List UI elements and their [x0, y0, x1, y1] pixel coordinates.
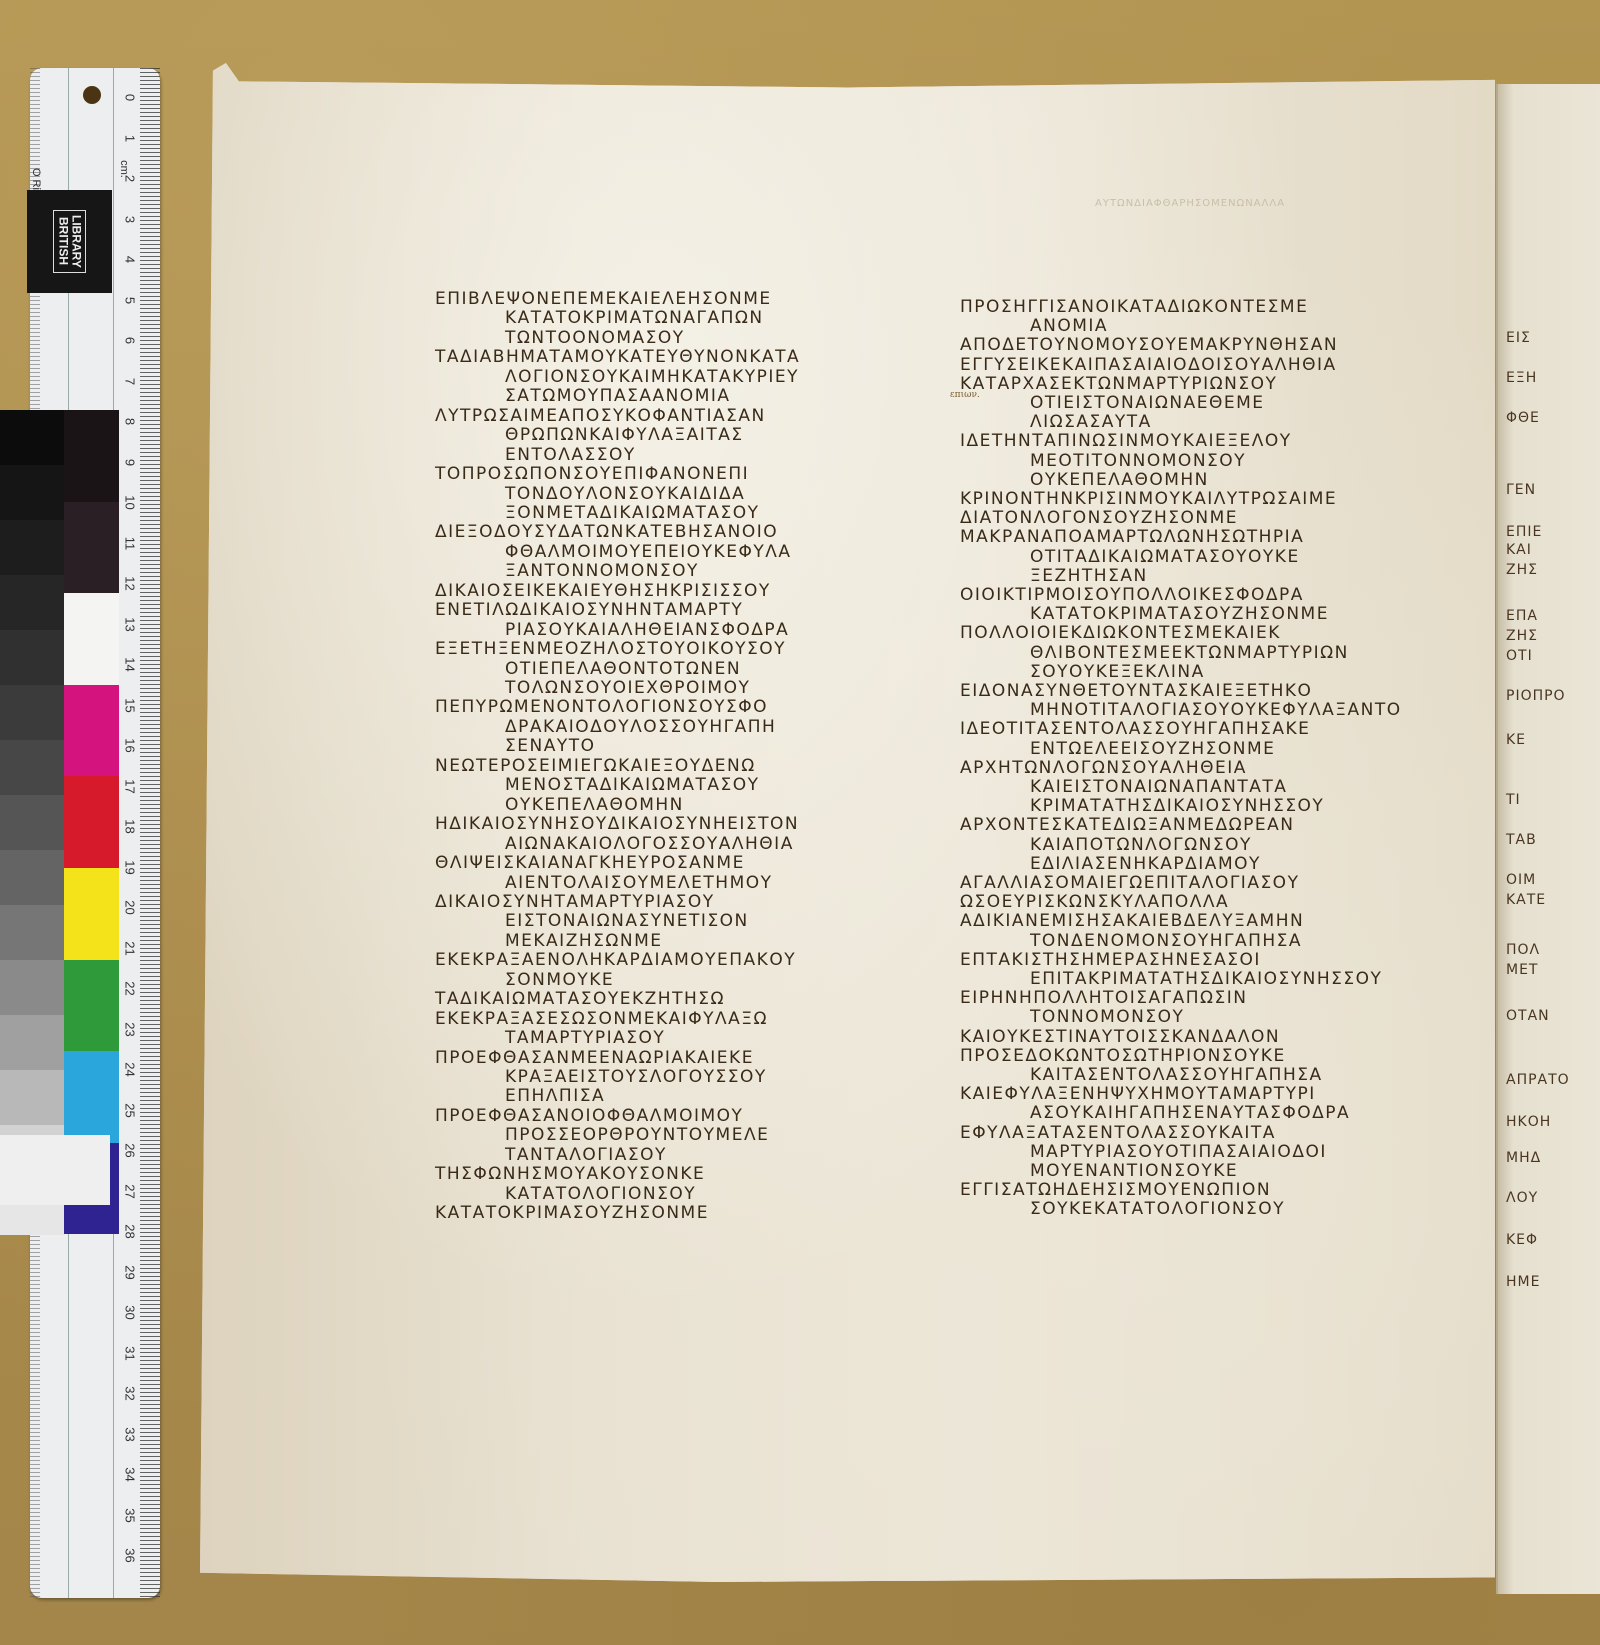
text-line: ΚΑΙΟΥΚΕΣΤΙΝΑΥΤΟΙΣΣΚΑΝΔΑΛΟΝ — [960, 1028, 1280, 1046]
ruler-cm-mark: 2 — [123, 167, 138, 191]
next-page-fragment: ΓΕΝ — [1506, 482, 1536, 498]
ruler-cm-ticks — [140, 68, 160, 1598]
text-line: ΘΛΙΨΕΙΣΚΑΙΑΝΑΓΚΗΕΥΡΟΣΑΝΜΕ — [435, 854, 745, 872]
next-page-fragment: ΕΠΙΕ — [1506, 524, 1542, 540]
ruler-cm-mark: 5 — [123, 288, 138, 312]
text-line: ΟΙΟΙΚΤΙΡΜΟΙΣΟΥΠΟΛΛΟΙΚΕΣΦΟΔΡΑ — [960, 586, 1304, 604]
color-patch — [64, 502, 119, 594]
text-line: ΑΡΧΗΤΩΝΛΟΓΩΝΣΟΥΑΛΗΘΕΙΑ — [960, 759, 1247, 777]
text-line: ΤΑΝΤΑΛΟΓΙΑΣΟΥ — [505, 1146, 667, 1164]
text-line: ΜΕΟΤΙΤΟΝΝΟΜΟΝΣΟΥ — [1030, 452, 1246, 470]
ruler-cm-mark: 27 — [123, 1179, 138, 1203]
next-page-fragment: ΟΤΑΝ — [1506, 1008, 1550, 1024]
text-line: ΟΥΚΕΠΕΛΑΘΟΜΗΝ — [1030, 471, 1209, 489]
ruler-cm-mark: 30 — [123, 1301, 138, 1325]
ruler-cm-mark: 14 — [123, 653, 138, 677]
text-line: ΣΟΥΚΕΚΑΤΑΤΟΛΟΓΙΟΝΣΟΥ — [1030, 1200, 1285, 1218]
next-page-fragment: ΛΟΥ — [1506, 1190, 1538, 1206]
ruler-cm-mark: 17 — [123, 774, 138, 798]
text-line: ΚΑΤΑΡΧΑΣΕΚΤΩΝΜΑΡΤΥΡΙΩΝΣΟΥ — [960, 375, 1277, 393]
grayscale-target — [0, 410, 64, 1235]
next-page-fragment: ΖΗΣ — [1506, 628, 1538, 644]
ruler-cm-mark: 0 — [123, 86, 138, 110]
text-line: ΞΑΝΤΟΝΝΟΜΟΝΣΟΥ — [505, 562, 699, 580]
next-page-fragment: ΤΙ — [1506, 792, 1521, 808]
text-line: ΕΚΕΚΡΑΞΑΕΝΟΛΗΚΑΡΔΙΑΜΟΥΕΠΑΚΟΥ — [435, 951, 796, 969]
text-line: ΡΙΑΣΟΥΚΑΙΑΛΗΘΕΙΑΝΣΦΟΔΡΑ — [505, 621, 789, 639]
text-line: ΕΠΙΒΛΕΨΟΝΕΠΕΜΕΚΑΙΕΛΕΗΣΟΝΜΕ — [435, 290, 772, 308]
ruler-cm-mark: 26 — [123, 1139, 138, 1163]
ruler-cm-mark: 35 — [123, 1503, 138, 1527]
text-line: ΤΑΔΙΚΑΙΩΜΑΤΑΣΟΥΕΚΖΗΤΗΣΩ — [435, 990, 725, 1008]
ruler-cm-mark: 9 — [123, 450, 138, 474]
text-line: ΤΗΣΦΩΝΗΣΜΟΥΑΚΟΥΣΟΝΚΕ — [435, 1165, 705, 1183]
ruler-hole — [83, 86, 101, 104]
text-line: ΚΡΙΝΟΝΤΗΝΚΡΙΣΙΝΜΟΥΚΑΙΛΥΤΡΩΣΑΙΜΕ — [960, 490, 1337, 508]
text-line: ΛΟΓΙΟΝΣΟΥΚΑΙΜΗΚΑΤΑΚΥΡΙΕΥ — [505, 368, 799, 386]
text-line: ΦΘΑΛΜΟΙΜΟΥΕΠΕΙΟΥΚΕΦΥΛΑ — [505, 543, 791, 561]
next-page-fragment: ΤΑΒ — [1506, 832, 1537, 848]
gray-patch — [0, 795, 64, 850]
text-line: ΩΣΟΕΥΡΙΣΚΩΝΣΚΥΛΑΠΟΛΛΑ — [960, 893, 1229, 911]
text-line: ΔΙΑΤΟΝΛΟΓΟΝΣΟΥΖΗΣΟΝΜΕ — [960, 509, 1238, 527]
next-page-fragment: ΕΙΣ — [1506, 330, 1531, 346]
text-line: ΑΓΑΛΛΙΑΣΟΜΑΙΕΓΩΕΠΙΤΑΛΟΓΙΑΣΟΥ — [960, 874, 1299, 892]
gray-patch — [0, 960, 64, 1015]
text-line: ΙΔΕΟΤΙΤΑΣΕΝΤΟΛΑΣΣΟΥΗΓΑΠΗΣΑΚΕ — [960, 720, 1310, 738]
text-line: ΜΕΚΑΙΖΗΣΩΝΜΕ — [505, 932, 663, 950]
library-logo: LIBRARY BRITISH — [53, 210, 85, 273]
ruler-cm-mark: 28 — [123, 1220, 138, 1244]
next-page-fragment: ΚΕ — [1506, 732, 1526, 748]
text-line: ΣΟΥΟΥΚΕΞΕΚΛΙΝΑ — [1030, 663, 1205, 681]
text-line: ΝΕΩΤΕΡΟΣΕΙΜΙΕΓΩΚΑΙΕΞΟΥΔΕΝΩ — [435, 757, 756, 775]
text-line: ΚΑΤΑΤΟΚΡΙΜΑΤΑΣΟΥΖΗΣΟΝΜΕ — [1030, 605, 1329, 623]
text-line: ΠΕΠΥΡΩΜΕΝΟΝΤΟΛΟΓΙΟΝΣΟΥΣΦΟ — [435, 698, 768, 716]
ruler-cm-mark: 36 — [123, 1544, 138, 1568]
text-line: ΟΤΙΕΙΣΤΟΝΑΙΩΝΑΕΘΕΜΕ — [1030, 394, 1265, 412]
ruler-cm-mark: 11 — [123, 531, 138, 555]
text-line: ΕΞΕΤΗΞΕΝΜΕΟΖΗΛΟΣΤΟΥΟΙΚΟΥΣΟΥ — [435, 640, 786, 658]
text-line: ΠΡΟΣΗΓΓΙΣΑΝΟΙΚΑΤΑΔΙΩΚΟΝΤΕΣΜΕ — [960, 298, 1308, 316]
next-page-fragment: ΟΙΜ — [1506, 872, 1536, 888]
ruler-cm-mark: 4 — [123, 248, 138, 272]
next-page-fragment: ΗΜΕ — [1506, 1274, 1540, 1290]
ruler-cm-mark: 29 — [123, 1260, 138, 1284]
ruler-cm-mark: 13 — [123, 612, 138, 636]
text-line: ΑΙΩΝΑΚΑΙΟΛΟΓΟΣΣΟΥΑΛΗΘΙΑ — [505, 835, 794, 853]
text-line: ΜΑΡΤΥΡΙΑΣΟΥΟΤΙΠΑΣΑΙΑΙΟΔΟΙ — [1030, 1143, 1327, 1161]
gray-patch — [0, 740, 64, 795]
next-page-fragment: ΖΗΣ — [1506, 562, 1538, 578]
color-patch — [64, 776, 119, 868]
marginal-note: επιων. — [950, 390, 980, 400]
chart-white-patch — [0, 1135, 110, 1205]
ruler-cm-mark: 8 — [123, 410, 138, 434]
text-line: ΚΑΤΑΤΟΚΡΙΜΑΣΟΥΖΗΣΟΝΜΕ — [435, 1204, 709, 1222]
ruler-cm-mark: 10 — [123, 491, 138, 515]
text-line: ΔΙΚΑΙΟΣΕΙΚΕΚΑΙΕΥΘΗΣΗΚΡΙΣΙΣΣΟΥ — [435, 582, 771, 600]
ruler-cm-mark: 21 — [123, 936, 138, 960]
text-line: ΘΡΩΠΩΝΚΑΙΦΥΛΑΞΑΙΤΑΣ — [505, 426, 744, 444]
text-line: ΤΑΜΑΡΤΥΡΙΑΣΟΥ — [505, 1029, 665, 1047]
text-line: ΞΕΖΗΤΗΣΑΝ — [1030, 567, 1148, 585]
gray-patch — [0, 630, 64, 685]
ruler-cm-mark: 24 — [123, 1058, 138, 1082]
color-patch — [64, 410, 119, 502]
text-line: ΔΙΕΞΟΔΟΥΣΥΔΑΤΩΝΚΑΤΕΒΗΣΑΝΟΙΟ — [435, 523, 778, 541]
gray-patch — [0, 685, 64, 740]
ruler-cm-mark: 12 — [123, 572, 138, 596]
ruler-cm-mark: 34 — [123, 1463, 138, 1487]
ruler-cm-mark: 15 — [123, 693, 138, 717]
text-line: ΣΕΝΑΥΤΟ — [505, 737, 595, 755]
ruler-cm-mark: 1 — [123, 126, 138, 150]
manuscript-leaf — [200, 60, 1495, 1585]
text-line: ΕΙΔΟΝΑΣΥΝΘΕΤΟΥΝΤΑΣΚΑΙΕΞΕΤΗΚΟ — [960, 682, 1312, 700]
offset-ghost-text: ΑΥΤΩΝΔΙΑΦΘΑΡΗΣΟΜΕΝΩΝΑΛΛΑ — [1095, 198, 1285, 209]
text-line: ΕΝΕΤΙΛΩΔΙΚΑΙΟΣΥΝΗΝΤΑΜΑΡΤΥ — [435, 601, 743, 619]
color-patch — [64, 960, 119, 1052]
gray-patch — [0, 850, 64, 905]
text-line: ΚΡΙΜΑΤΑΤΗΣΔΙΚΑΙΟΣΥΝΗΣΣΟΥ — [1030, 797, 1324, 815]
text-line: ΑΙΕΝΤΟΛΑΙΣΟΥΜΕΛΕΤΗΜΟΥ — [505, 874, 773, 892]
gray-patch — [0, 575, 64, 630]
text-line: ΘΛΙΒΟΝΤΕΣΜΕΕΚΤΩΝΜΑΡΤΥΡΙΩΝ — [1030, 644, 1349, 662]
text-line: ΗΔΙΚΑΙΟΣΥΝΗΣΟΥΔΙΚΑΙΟΣΥΝΗΕΙΣΤΟΝ — [435, 815, 799, 833]
ruler-cm-mark: 19 — [123, 855, 138, 879]
next-page-fragment: ΠΟΛ — [1506, 942, 1540, 958]
ruler-cm-mark: 16 — [123, 734, 138, 758]
text-line: ΔΡΑΚΑΙΟΔΟΥΛΟΣΣΟΥΗΓΑΠΗ — [505, 718, 776, 736]
text-line: ΕΦΥΛΑΞΑΤΑΣΕΝΤΟΛΑΣΣΟΥΚΑΙΤΑ — [960, 1124, 1276, 1142]
gray-patch — [0, 520, 64, 575]
color-patch — [64, 593, 119, 685]
color-target — [64, 410, 119, 1235]
ruler-cm-mark: 32 — [123, 1382, 138, 1406]
ruler-cm-mark: 33 — [123, 1422, 138, 1446]
text-line: ΠΟΛΛΟΙΟΙΕΚΔΙΩΚΟΝΤΕΣΜΕΚΑΙΕΚ — [960, 624, 1281, 642]
text-line: ΕΝΤΩΕΛΕΕΙΣΟΥΖΗΣΟΝΜΕ — [1030, 740, 1275, 758]
text-line: ΣΟΝΜΟΥΚΕ — [505, 971, 614, 989]
text-line: ΜΗΝΟΤΙΤΑΛΟΓΙΑΣΟΥΟΥΚΕΦΥΛΑΞΑΝΤΟ — [1030, 701, 1402, 719]
text-line: ΠΡΟΣΣΕΟΡΘΡΟΥΝΤΟΥΜΕΛΕ — [505, 1126, 769, 1144]
text-line: ΞΟΝΜΕΤΑΔΙΚΑΙΩΜΑΤΑΣΟΥ — [505, 504, 760, 522]
next-page-fragment: ΚΑΙ — [1506, 542, 1532, 558]
color-patch — [64, 1051, 119, 1143]
text-line: ΤΟΝΔΟΥΛΟΝΣΟΥΚΑΙΔΙΔΑ — [505, 485, 745, 503]
text-line: ΕΚΕΚΡΑΞΑΣΕΣΩΣΟΝΜΕΚΑΙΦΥΛΑΞΩ — [435, 1010, 768, 1028]
next-page-fragment: ΦΘΕ — [1506, 410, 1540, 426]
text-line: ΑΝΟΜΙΑ — [1030, 317, 1108, 335]
text-line: ΣΑΤΩΜΟΥΠΑΣΑΑΝΟΜΙΑ — [505, 387, 731, 405]
next-page-fragment: ΕΞΗ — [1506, 370, 1537, 386]
british-library-label: LIBRARY BRITISH — [27, 190, 112, 293]
text-line: ΕΓΓΥΣΕΙΚΕΚΑΙΠΑΣΑΙΑΙΟΔΟΙΣΟΥΑΛΗΘΙΑ — [960, 356, 1337, 374]
text-line: ΟΥΚΕΠΕΛΑΘΟΜΗΝ — [505, 796, 684, 814]
text-line: ΕΠΗΛΠΙΣΑ — [505, 1087, 605, 1105]
next-page-fragment: ΚΕΦ — [1506, 1232, 1538, 1248]
text-line: ΜΑΚΡΑΝΑΠΟΑΜΑΡΤΩΛΩΝΗΣΩΤΗΡΙΑ — [960, 528, 1304, 546]
text-line: ΤΑΔΙΑΒΗΜΑΤΑΜΟΥΚΑΤΕΥΘΥΝΟΝΚΑΤΑ — [435, 348, 800, 366]
gray-patch — [0, 410, 64, 465]
next-page-fragment: ΑΠΡΑΤΟ — [1506, 1072, 1570, 1088]
color-patch — [64, 868, 119, 960]
text-line: ΑΠΟΔΕΤΟΥΝΟΜΟΥΣΟΥΕΜΑΚΡΥΝΘΗΣΑΝ — [960, 336, 1338, 354]
text-line: ΚΑΙΕΙΣΤΟΝΑΙΩΝΑΠΑΝΤΑΤΑ — [1030, 778, 1287, 796]
text-line: ΕΠΙΤΑΚΡΙΜΑΤΑΤΗΣΔΙΚΑΙΟΣΥΝΗΣΣΟΥ — [1030, 970, 1382, 988]
ruler-cm-mark: 20 — [123, 896, 138, 920]
text-line: ΕΙΣΤΟΝΑΙΩΝΑΣΥΝΕΤΙΣΟΝ — [505, 912, 749, 930]
text-line: ΤΟΛΩΝΣΟΥΟΙΕΧΘΡΟΙΜΟΥ — [505, 679, 750, 697]
text-line: ΤΟΝΝΟΜΟΝΣΟΥ — [1030, 1008, 1184, 1026]
text-line: ΕΠΤΑΚΙΣΤΗΣΗΜΕΡΑΣΗΝΕΣΑΣΟΙ — [960, 951, 1261, 969]
text-line: ΕΔΙΛΙΑΣΕΝΗΚΑΡΔΙΑΜΟΥ — [1030, 855, 1261, 873]
text-line: ΜΟΥΕΝΑΝΤΙΟΝΣΟΥΚΕ — [1030, 1162, 1238, 1180]
ruler-cm-mark: 7 — [123, 369, 138, 393]
text-line: ΕΙΡΗΝΗΠΟΛΛΗΤΟΙΣΑΓΑΠΩΣΙΝ — [960, 989, 1248, 1007]
text-line: ΚΡΑΞΑΕΙΣΤΟΥΣΛΟΓΟΥΣΣΟΥ — [505, 1068, 767, 1086]
gray-patch — [0, 465, 64, 520]
text-line: ΠΡΟΣΕΔΟΚΩΝΤΟΣΩΤΗΡΙΟΝΣΟΥΚΕ — [960, 1047, 1286, 1065]
text-line: ΚΑΙΕΦΥΛΑΞΕΝΗΨΥΧΗΜΟΥΤΑΜΑΡΤΥΡΙ — [960, 1085, 1316, 1103]
next-page-fragment: ΡΙΟΠΡΟ — [1506, 688, 1566, 704]
text-line: ΤΩΝΤΟΟΝΟΜΑΣΟΥ — [505, 329, 685, 347]
text-line: ΤΟΝΔΕΝΟΜΟΝΣΟΥΗΓΑΠΗΣΑ — [1030, 932, 1302, 950]
text-line: ΕΝΤΟΛΑΣΣΟΥ — [505, 446, 636, 464]
text-line: ΛΙΩΣΑΣΑΥΤΑ — [1030, 413, 1152, 431]
next-page-fragment: ΗΚΟΗ — [1506, 1114, 1551, 1130]
gray-patch — [0, 905, 64, 960]
next-page-fragment: ΟΤΙ — [1506, 648, 1533, 664]
ruler-cm-mark: 22 — [123, 977, 138, 1001]
color-patch — [64, 685, 119, 777]
ruler-cm-mark: 23 — [123, 1017, 138, 1041]
ruler-cm-mark: 6 — [123, 329, 138, 353]
text-line: ΑΔΙΚΙΑΝΕΜΙΣΗΣΑΚΑΙΕΒΔΕΛΥΞΑΜΗΝ — [960, 912, 1304, 930]
text-line: ΟΤΙΤΑΔΙΚΑΙΩΜΑΤΑΣΟΥΟΥΚΕ — [1030, 548, 1300, 566]
ruler-cm-mark: 3 — [123, 207, 138, 231]
ruler-cm-mark: 31 — [123, 1341, 138, 1365]
text-line: ΠΡΟΕΦΘΑΣΑΝΜΕΕΝΑΩΡΙΑΚΑΙΕΚΕ — [435, 1049, 754, 1067]
text-line: ΟΤΙΕΠΕΛΑΘΟΝΤΟΤΩΝΕΝ — [505, 660, 741, 678]
text-line: ΑΣΟΥΚΑΙΗΓΑΠΗΣΕΝΑΥΤΑΣΦΟΔΡΑ — [1030, 1104, 1350, 1122]
text-line: ΙΔΕΤΗΝΤΑΠΙΝΩΣΙΝΜΟΥΚΑΙΕΞΕΛΟΥ — [960, 432, 1292, 450]
library-label-line2: BRITISH — [57, 217, 71, 265]
text-line: ΛΥΤΡΩΣΑΙΜΕΑΠΟΣΥΚΟΦΑΝΤΙΑΣΑΝ — [435, 407, 766, 425]
gray-patch — [0, 1070, 64, 1125]
ruler-cm-mark: 18 — [123, 815, 138, 839]
text-line: ΔΙΚΑΙΟΣΥΝΗΤΑΜΑΡΤΥΡΙΑΣΟΥ — [435, 893, 715, 911]
gray-patch — [0, 1015, 64, 1070]
library-label-line1: LIBRARY — [70, 215, 84, 268]
text-line: ΜΕΝΟΣΤΑΔΙΚΑΙΩΜΑΤΑΣΟΥ — [505, 776, 760, 794]
text-line: ΤΟΠΡΟΣΩΠΟΝΣΟΥΕΠΙΦΑΝΟΝΕΠΙ — [435, 465, 749, 483]
next-page-fragment: ΕΠΑ — [1506, 608, 1538, 624]
text-line: ΚΑΤΑΤΟΚΡΙΜΑΤΩΝΑΓΑΠΩΝ — [505, 309, 764, 327]
text-line: ΑΡΧΟΝΤΕΣΚΑΤΕΔΙΩΞΑΝΜΕΔΩΡΕΑΝ — [960, 816, 1294, 834]
next-page-fragment: ΜΗΔ — [1506, 1150, 1541, 1166]
next-page-fragment: ΜΕΤ — [1506, 962, 1538, 978]
text-line: ΕΓΓΙΣΑΤΩΗΔΕΗΣΙΣΜΟΥΕΝΩΠΙΟΝ — [960, 1181, 1271, 1199]
next-page-fragment: ΚΑΤΕ — [1506, 892, 1546, 908]
text-line: ΚΑΙΤΑΣΕΝΤΟΛΑΣΣΟΥΗΓΑΠΗΣΑ — [1030, 1066, 1323, 1084]
text-line: ΚΑΤΑΤΟΛΟΓΙΟΝΣΟΥ — [505, 1185, 696, 1203]
text-line: ΠΡΟΕΦΘΑΣΑΝΟΙΟΦΘΑΛΜΟΙΜΟΥ — [435, 1107, 743, 1125]
text-line: ΚΑΙΑΠΟΤΩΝΛΟΓΩΝΣΟΥ — [1030, 836, 1252, 854]
ruler-cm-mark: 25 — [123, 1098, 138, 1122]
